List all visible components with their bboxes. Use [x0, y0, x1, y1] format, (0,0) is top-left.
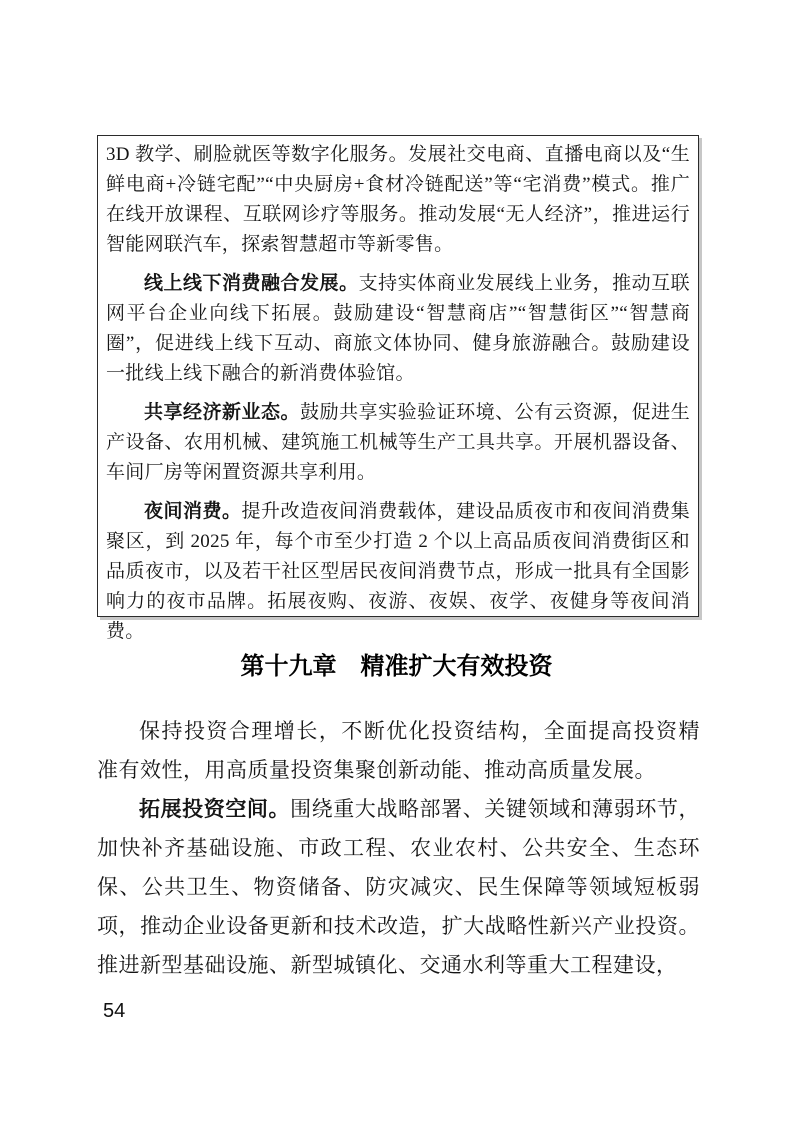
paragraph-expand-investment-space: 拓展投资空间。围绕重大战略部署、关键领域和薄弱环节， 加快补齐基础设施、市政工程…	[97, 790, 700, 985]
box-paragraph-digital-services: 3D 教学、刷脸就医等数字化服务。发展社交电商、直播电商以及“生鲜电商+冷链宅配…	[106, 140, 690, 260]
paragraph-text: 提升改造夜间消费载体，建设品质夜市和夜间消费集聚区，到 2025 年，每个市至少…	[106, 501, 690, 642]
paragraph-lead: 夜间消费。	[144, 501, 242, 522]
box-paragraph-online-offline-fusion: 线上线下消费融合发展。支持实体商业发展线上业务，推动互联网平台企业向线下拓展。鼓…	[106, 269, 690, 389]
paragraph-lead: 共享经济新业态。	[144, 402, 300, 423]
chapter-body: 保持投资合理增长，不断优化投资结构，全面提高投资精 准有效性，用高质量投资集聚创…	[97, 712, 700, 985]
document-page: 3D 教学、刷脸就医等数字化服务。发展社交电商、直播电商以及“生鲜电商+冷链宅配…	[0, 0, 793, 1122]
boxed-highlight-section: 3D 教学、刷脸就医等数字化服务。发展社交电商、直播电商以及“生鲜电商+冷链宅配…	[97, 135, 699, 617]
paragraph-lead: 线上线下消费融合发展。	[144, 273, 359, 294]
paragraph-investment-overview: 保持投资合理增长，不断优化投资结构，全面提高投资精 准有效性，用高质量投资集聚创…	[97, 712, 700, 790]
paragraph-lead: 拓展投资空间。	[139, 797, 290, 821]
paragraph-text: 3D 教学、刷脸就医等数字化服务。发展社交电商、直播电商以及“生鲜电商+冷链宅配…	[106, 144, 690, 255]
box-paragraph-night-consumption: 夜间消费。提升改造夜间消费载体，建设品质夜市和夜间消费集聚区，到 2025 年，…	[106, 497, 690, 647]
page-number: 54	[103, 1000, 125, 1022]
paragraph-text: 保持投资合理增长，不断优化投资结构，全面提高投资精 准有效性，用高质量投资集聚创…	[97, 719, 700, 782]
box-paragraph-sharing-economy: 共享经济新业态。鼓励共享实验验证环境、公有云资源，促进生产设备、农用机械、建筑施…	[106, 398, 690, 488]
chapter-heading: 第十九章 精准扩大有效投资	[0, 653, 793, 681]
paragraph-text: 围绕重大战略部署、关键领域和薄弱环节， 加快补齐基础设施、市政工程、农业农村、公…	[97, 797, 700, 977]
